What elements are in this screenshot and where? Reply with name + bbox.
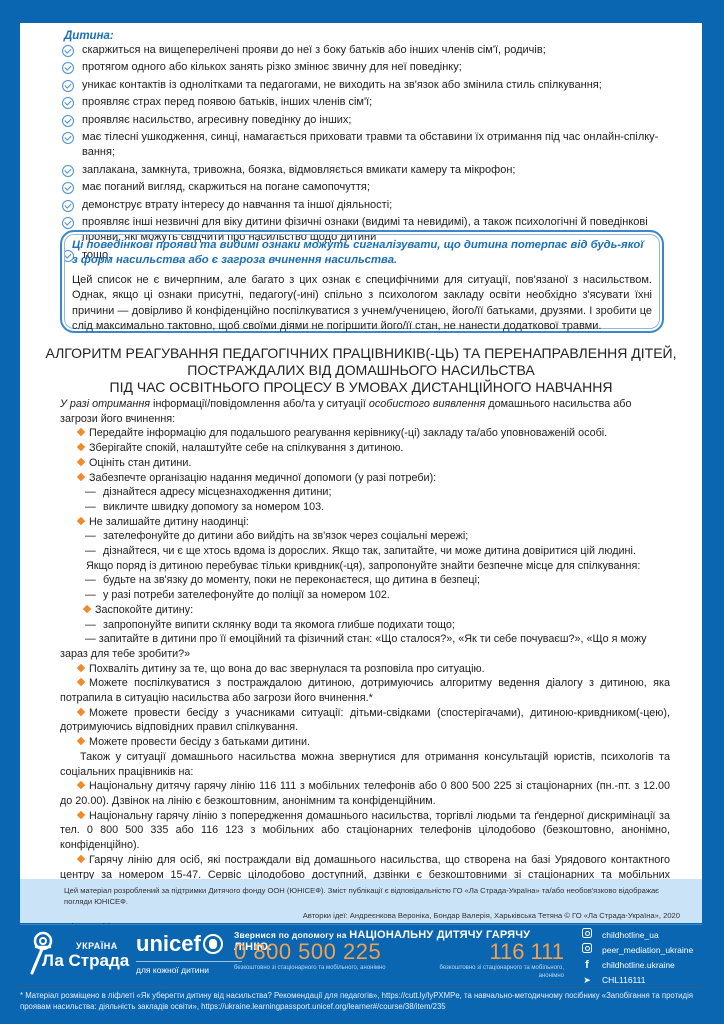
info-band: Цей матеріал розроблений за підтримки Ди…	[20, 879, 702, 923]
la-strada-country: УКРАЇНА	[76, 941, 118, 951]
dash-icon: —	[85, 588, 96, 603]
unicef-disclaimer: Цей матеріал розроблений за підтримки Ди…	[64, 885, 680, 907]
list-item: уникає контактів із однолітками та педаг…	[64, 78, 674, 93]
unicef-wordmark: unicef	[136, 931, 201, 957]
step: Зберігайте спокій, налаштуйте себе на сп…	[60, 441, 670, 456]
la-strada-name: Ла Страда	[42, 951, 129, 971]
list-item: скаржиться на вищеперелічені прояви до н…	[64, 43, 674, 58]
list-item: протягом одного або кількох занять різко…	[64, 60, 674, 75]
telegram-icon: ➤	[580, 973, 594, 988]
substep: —зателефонуйте до дитини або вийдіть на …	[60, 529, 670, 544]
step: Можете провести бесіду з батьками дитини…	[60, 735, 670, 750]
social-link-facebook[interactable]: fchildhotline.ukraine	[580, 958, 693, 973]
step: Похваліть дитину за те, що вона до вас з…	[60, 662, 670, 677]
dash-icon: —	[85, 544, 96, 559]
list-item: має тілесні ушкодження, синці, намагаєть…	[64, 130, 674, 161]
list-item: проявляє страх перед появою батьків, інш…	[64, 95, 674, 110]
hotline-banner: Звернися по допомогу на НАЦІОНАЛЬНУ ДИТЯ…	[234, 929, 564, 953]
check-circle-icon	[62, 115, 74, 127]
dash-icon: —	[85, 573, 96, 588]
hotline-number-mobile[interactable]: 116 111	[489, 939, 564, 965]
facebook-icon: f	[580, 958, 594, 973]
substep-note: Якщо поряд із дитиною перебуває тільки к…	[60, 559, 670, 574]
check-circle-icon	[62, 132, 74, 144]
paragraph-consultations: Також у ситуації домашнього насильства м…	[60, 750, 670, 779]
unicef-globe-icon	[203, 934, 223, 954]
dash-icon: —	[85, 633, 99, 645]
notice-box: Ці поведінкові прояви та видимі ознаки м…	[60, 230, 664, 333]
substep: —дізнайтеся, чи є ще хтось вдома із доро…	[60, 544, 670, 559]
substep: — запитайте в дитини про її емоційний та…	[60, 632, 670, 661]
diamond-bullet-icon	[77, 472, 85, 480]
authors-credit: Авторки ідеї: Андреєнкова Вероніка, Бонд…	[64, 910, 680, 921]
substep: —у разі потреби зателефонуйте до поліції…	[60, 588, 670, 603]
step: Можете поспілкуватися з постраждалою дит…	[60, 676, 670, 705]
algorithm-body: У разі отримання інформації/повідомлення…	[60, 397, 670, 926]
notice-body: Цей список не є вичерпним, але багато з …	[72, 273, 652, 334]
diamond-bullet-icon	[83, 605, 91, 613]
social-link-telegram[interactable]: ➤CHL116111	[580, 973, 693, 988]
check-circle-icon	[62, 45, 74, 57]
diamond-bullet-icon	[77, 516, 85, 524]
social-link-instagram-peer[interactable]: peer_mediation_ukraine	[580, 943, 693, 958]
check-circle-icon	[62, 182, 74, 194]
list-item: демонструє втрату інтересу до навчання т…	[64, 198, 674, 213]
diamond-bullet-icon	[77, 443, 85, 451]
diamond-bullet-icon	[77, 663, 85, 671]
notice-lead: Ці поведінкові прояви та видимі ознаки м…	[72, 238, 652, 268]
diamond-bullet-icon	[77, 810, 85, 818]
check-circle-icon	[62, 62, 74, 74]
hotline-item: Національну гарячу лінію з попередження …	[60, 809, 670, 853]
hotline-item: Національну дитячу гарячу лінію 116 111 …	[60, 779, 670, 808]
social-link-instagram[interactable]: childhotline_ua	[580, 928, 693, 943]
dash-icon: —	[85, 485, 96, 500]
substep: —будьте на зв'язку до моменту, поки не п…	[60, 573, 670, 588]
diamond-bullet-icon	[77, 458, 85, 466]
dash-icon: —	[85, 618, 96, 633]
substep: —дізнайтеся адресу місцезнаходження дити…	[60, 485, 670, 500]
diamond-bullet-icon	[77, 781, 85, 789]
list-item: має поганий вигляд, скаржиться на погане…	[64, 180, 674, 195]
substep: —запропонуйте випити склянку води та яко…	[60, 618, 670, 633]
step: Оцініть стан дитини.	[60, 456, 670, 471]
list-item: проявляє насильство, агресивну поведінку…	[64, 113, 674, 128]
check-circle-icon	[62, 80, 74, 92]
diamond-bullet-icon	[77, 855, 85, 863]
substep: —викличте швидку допомогу за номером 103…	[60, 500, 670, 515]
step: Не залишайте дитину наодинці:	[60, 515, 670, 530]
landline-note: безкоштовно зі стаціонарного та мобільно…	[234, 965, 394, 973]
step: Передайте інформацію для подальшого реаг…	[60, 426, 670, 441]
dash-icon: —	[85, 500, 96, 515]
step: Можете провести бесіду з учасниками ситу…	[60, 706, 670, 735]
list-item: заплакана, замкнута, тривожна, боязка, в…	[64, 163, 674, 178]
divider	[20, 987, 702, 988]
la-strada-logo: УКРАЇНА Ла Страда	[28, 931, 138, 975]
algorithm-intro: У разі отримання інформації/повідомлення…	[60, 397, 670, 426]
check-circle-icon	[62, 165, 74, 177]
diamond-bullet-icon	[77, 708, 85, 716]
social-links: childhotline_ua peer_mediation_ukraine f…	[580, 928, 693, 988]
mobile-note: безкоштовно зі стаціонарного та мобільно…	[414, 965, 564, 980]
check-circle-icon	[62, 217, 74, 229]
footnote: * Матеріал розміщено в ліфлеті «Як убере…	[20, 990, 702, 1012]
algorithm-title: АЛГОРИТМ РЕАГУВАННЯ ПЕДАГОГІЧНИХ ПРАЦІВН…	[40, 345, 682, 396]
divider	[20, 924, 702, 925]
check-circle-icon	[62, 97, 74, 109]
step: Забезпечте організацію надання медичної …	[60, 471, 670, 486]
instagram-icon	[582, 928, 592, 938]
diamond-bullet-icon	[77, 678, 85, 686]
instagram-icon	[582, 943, 592, 953]
unicef-tagline: для кожної дитини	[136, 961, 242, 975]
step: Заспокойте дитину:	[60, 603, 670, 618]
unicef-logo: unicef для кожної дитини	[136, 931, 246, 975]
hotline-number-landline[interactable]: 0 800 500 225	[234, 939, 381, 965]
diamond-bullet-icon	[77, 737, 85, 745]
diamond-bullet-icon	[77, 428, 85, 436]
check-circle-icon	[62, 200, 74, 212]
dash-icon: —	[85, 529, 96, 544]
document-page: Дитина: скаржиться на вищеперелічені про…	[20, 23, 702, 879]
